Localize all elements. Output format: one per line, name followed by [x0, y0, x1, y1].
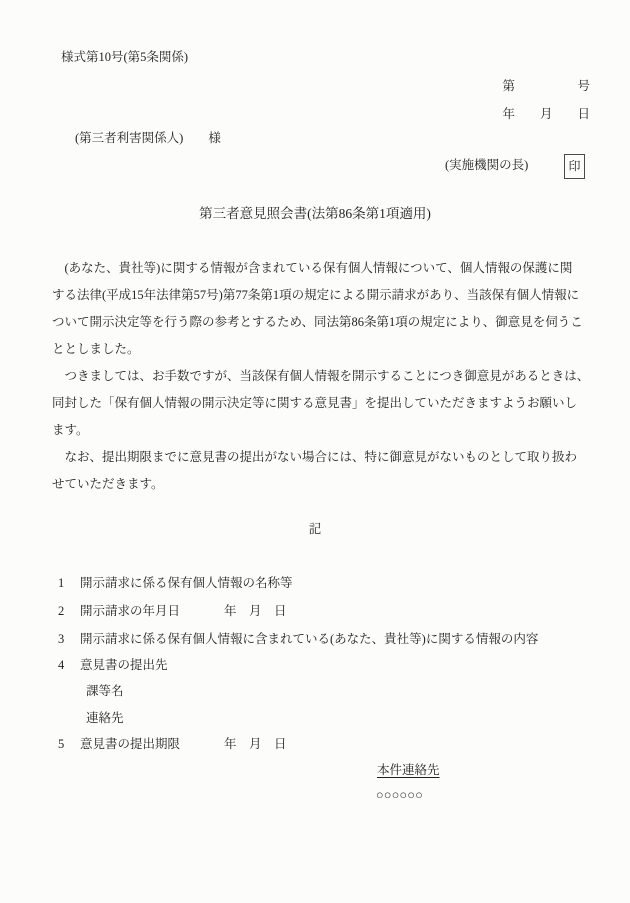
document-title: 第三者意見照会書(法第86条第1項適用)	[0, 206, 630, 221]
paragraph-line: する法律(平成15年法律第57号)第77条第1項の規定による開示請求があり、当該…	[52, 288, 579, 303]
contact-value-placeholder: ○○○○○○	[376, 788, 423, 803]
item-text: 意見書の提出先	[80, 658, 168, 672]
item-number: 1	[58, 576, 80, 591]
item-date-placeholder: 年 月 日	[224, 604, 287, 618]
document-page: 様式第10号(第5条関係) 第 号 年 月 日 (第三者利害関係人) 様 (実施…	[0, 0, 630, 903]
item-number: 4	[58, 658, 80, 673]
sub-item-contact: 連絡先	[86, 711, 124, 726]
list-item-5: 5意見書の提出期限年 月 日	[58, 737, 287, 752]
paragraph-line: ます。	[52, 423, 89, 438]
issuer-label: (実施機関の長)	[445, 158, 528, 173]
addressee-line: (第三者利害関係人) 様	[75, 131, 221, 146]
paragraph-line: (あなた、貴社等)に関する情報が含まれている保有個人情報について、個人情報の保護…	[52, 261, 572, 276]
item-number: 2	[58, 604, 80, 619]
doc-date-placeholder: 年 月 日	[502, 107, 590, 122]
item-number: 3	[58, 632, 80, 647]
list-item-4: 4意見書の提出先	[58, 658, 168, 673]
item-date-placeholder: 年 月 日	[224, 737, 287, 751]
paragraph-line: なお、提出期限までに意見書の提出がない場合には、特に御意見がないものとして取り扱…	[52, 450, 577, 465]
list-item-1: 1開示請求に係る保有個人情報の名称等	[58, 576, 293, 591]
list-item-2: 2開示請求の年月日年 月 日	[58, 604, 287, 619]
item-text: 開示請求に係る保有個人情報の名称等	[80, 576, 293, 590]
contact-heading: 本件連絡先	[377, 763, 440, 778]
paragraph-line: ついて開示決定等を行う際の参考とするため、同法第86条第1項の規定により、御意見…	[52, 315, 583, 330]
sub-item-division: 課等名	[86, 684, 124, 699]
item-text: 開示請求に係る保有個人情報に含まれている(あなた、貴社等)に関する情報の内容	[80, 632, 538, 646]
seal-stamp-box: 印	[564, 154, 585, 179]
paragraph-line: せていただきます。	[52, 477, 164, 492]
item-number: 5	[58, 737, 80, 752]
paragraph-line: 同封した「保有個人情報の開示決定等に関する意見書」を提出していただきますようお願…	[52, 396, 577, 411]
item-text: 意見書の提出期限	[80, 737, 180, 751]
ki-marker: 記	[0, 522, 630, 537]
item-text: 開示請求の年月日	[80, 604, 180, 618]
paragraph-line: ととしました。	[52, 342, 140, 357]
list-item-3: 3開示請求に係る保有個人情報に含まれている(あなた、貴社等)に関する情報の内容	[58, 632, 538, 647]
form-label: 様式第10号(第5条関係)	[61, 50, 188, 65]
paragraph-line: つきましては、お手数ですが、当該保有個人情報を開示することにつき御意見があるとき…	[52, 369, 589, 384]
doc-number-placeholder: 第 号	[502, 79, 590, 94]
